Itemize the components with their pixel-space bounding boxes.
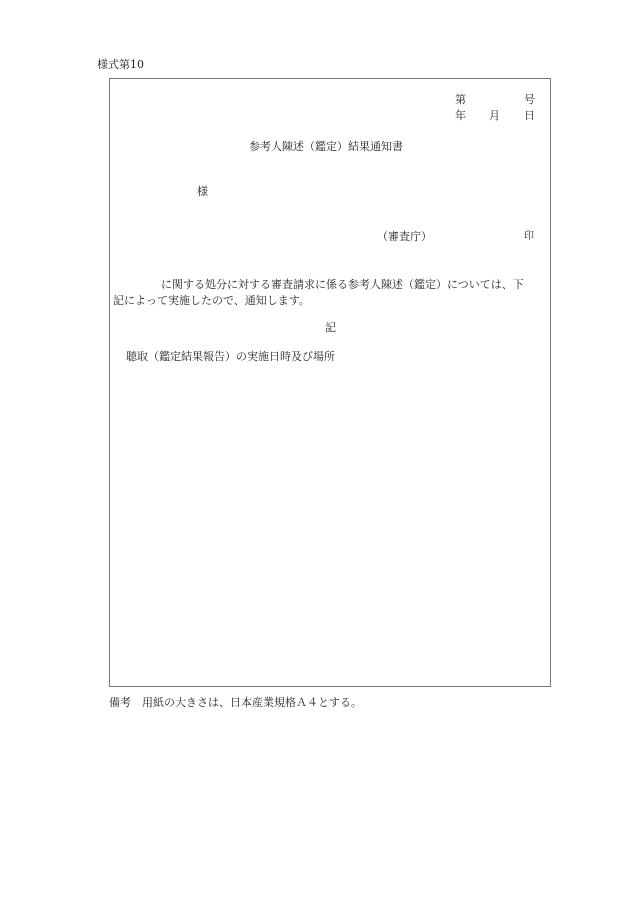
record-heading: 記 xyxy=(325,321,336,335)
month-label: 月 xyxy=(489,109,500,123)
item-hearing: 聴取（鑑定結果報告）の実施日時及び場所 xyxy=(126,350,335,364)
number-suffix: 号 xyxy=(524,93,535,107)
document-title: 参考人陳述（鑑定）結果通知書 xyxy=(249,140,403,154)
day-label: 日 xyxy=(524,109,535,123)
seal-mark: 印 xyxy=(524,230,534,244)
body-line-2: 記によって実施したので、通知します。 xyxy=(113,294,310,307)
issuer-label: （審査庁） xyxy=(377,230,432,244)
remarks-note: 備考 用紙の大きさは、日本産業規格Ａ４とする。 xyxy=(109,696,362,710)
addressee-suffix: 様 xyxy=(197,185,208,199)
body-paragraph: に関する処分に対する審査請求に係る参考人陳述（鑑定）については、下 記によって実… xyxy=(113,277,549,309)
year-label: 年 xyxy=(455,109,466,123)
form-box xyxy=(109,78,551,687)
body-line-1: に関する処分に対する審査請求に係る参考人陳述（鑑定）については、下 xyxy=(161,278,524,291)
form-number-label: 様式第10 xyxy=(97,58,144,72)
number-prefix: 第 xyxy=(455,93,466,107)
